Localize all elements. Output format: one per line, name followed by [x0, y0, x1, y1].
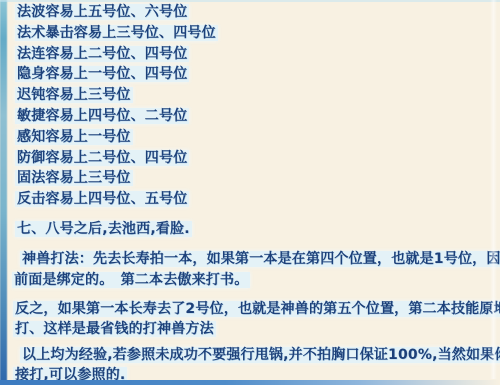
text-line-content: 法连容易上二号位、四号位	[15, 46, 189, 62]
text-line: 法术暴击容易上三号位、四号位	[15, 23, 500, 44]
text-line-content: 法术暴击容易上三号位、四号位	[15, 25, 218, 41]
text-line: 固法容易上三号位	[15, 168, 500, 189]
text-line-content: 固法容易上三号位	[15, 170, 133, 186]
text-line: 神兽打法：先去长寿拍一本，如果第一本是在第四个位置，也就是1号位，因为	[12, 249, 500, 271]
section-schedule-note: 七、八号之后,去池西,看脸.	[15, 219, 500, 240]
text-line-content: 七、八号之后,去池西,看脸.	[15, 221, 192, 237]
section-disclaimer-para: 以上均为经验,若参照未成功不要强行甩锅,并不拍胸口保证100%,当然如果你直接打…	[13, 345, 500, 385]
text-line: 敏捷容易上四号位、二号位	[15, 106, 500, 127]
text-line: 前面是绑定的。 第二本去傲来打书。	[12, 270, 500, 292]
text-line: 防御容易上二号位、四号位	[15, 148, 500, 169]
text-line: 以上均为经验,若参照未成功不要强行甩锅,并不拍胸口保证100%,当然如果你直	[13, 345, 500, 366]
top-border-decoration	[0, 0, 500, 2]
text-line-content: 隐身容易上一号位、四号位	[15, 66, 189, 82]
text-line: 反之，如果第一本长寿去了2号位，也就是神兽的第五个位置，第二本技能原地	[13, 299, 500, 320]
section-beast-method-para: 神兽打法：先去长寿拍一本，如果第一本是在第四个位置，也就是1号位，因为前面是绑定…	[12, 249, 500, 292]
text-line-content: 法波容易上五号位、六号位	[15, 4, 189, 20]
left-border-decoration	[0, 0, 7, 385]
text-line-content: 以上均为经验,若参照未成功不要强行甩锅,并不拍胸口保证100%,当然如果你直	[20, 347, 500, 363]
text-line-content: 反击容易上四号位、五号位	[15, 191, 189, 207]
text-line: 迟钝容易上三号位	[15, 85, 500, 106]
text-line-content: 打、这样是最省钱的打神兽方法	[13, 321, 216, 337]
text-line-content: 前面是绑定的。 第二本去傲来打书。	[12, 272, 250, 288]
text-line: 法连容易上二号位、四号位	[15, 44, 500, 65]
right-light-band-decoration	[490, 0, 497, 379]
text-line-content: 反之，如果第一本长寿去了2号位，也就是神兽的第五个位置，第二本技能原地	[13, 301, 500, 317]
section-skill-list: 法波容易上五号位、六号位法术暴击容易上三号位、四号位法连容易上二号位、四号位隐身…	[15, 2, 500, 210]
section-alternative-para: 反之，如果第一本长寿去了2号位，也就是神兽的第五个位置，第二本技能原地打、这样是…	[13, 299, 500, 340]
text-line: 法波容易上五号位、六号位	[15, 2, 500, 23]
guide-document-body: 法波容易上五号位、六号位法术暴击容易上三号位、四号位法连容易上二号位、四号位隐身…	[0, 0, 500, 385]
text-line-content: 感知容易上一号位	[15, 129, 133, 145]
text-line: 打、这样是最省钱的打神兽方法	[13, 319, 500, 340]
text-line-content: 敏捷容易上四号位、二号位	[15, 108, 189, 124]
guide-document: 法波容易上五号位、六号位法术暴击容易上三号位、四号位法连容易上二号位、四号位隐身…	[0, 0, 500, 385]
bottom-border-decoration	[0, 380, 500, 385]
text-line: 隐身容易上一号位、四号位	[15, 64, 500, 85]
text-line-content: 迟钝容易上三号位	[15, 87, 133, 103]
text-line-content: 神兽打法：先去长寿拍一本，如果第一本是在第四个位置，也就是1号位，因为	[20, 251, 500, 267]
text-line-content: 防御容易上二号位、四号位	[15, 150, 189, 166]
text-line: 七、八号之后,去池西,看脸.	[15, 219, 500, 240]
text-line: 感知容易上一号位	[15, 127, 500, 148]
text-line: 反击容易上四号位、五号位	[15, 189, 500, 210]
